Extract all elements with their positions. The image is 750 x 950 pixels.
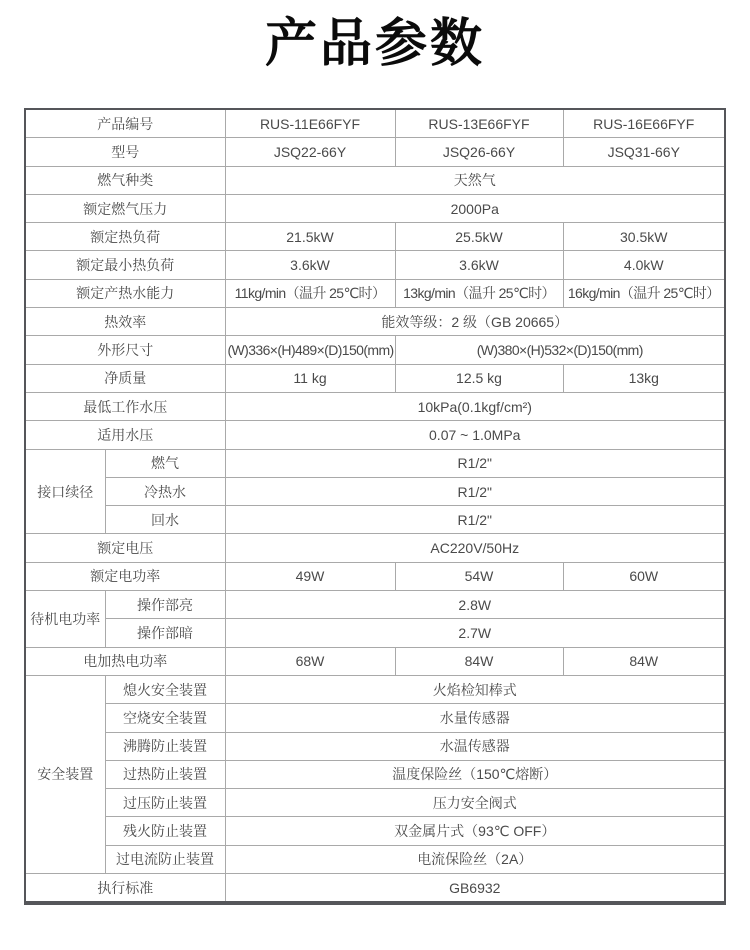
spec-label: 净质量	[25, 364, 225, 392]
group-label-standby-power: 待机电功率	[25, 591, 105, 648]
spec-value: 压力安全阀式	[225, 789, 725, 817]
spec-label: 额定电压	[25, 534, 225, 562]
spec-value: 16kg/min（温升 25℃时）	[563, 279, 725, 307]
spec-value: 12.5 kg	[395, 364, 563, 392]
spec-value: 2.8W	[225, 591, 725, 619]
row-connection-return-water: 回水 R1/2"	[25, 506, 725, 534]
row-min-working-water-pressure: 最低工作水压 10kPa(0.1kgf/cm²)	[25, 392, 725, 420]
spec-value: 温度保险丝（150℃熔断）	[225, 760, 725, 788]
spec-value: (W)336×(H)489×(D)150(mm)	[225, 336, 395, 364]
row-connection-hot-cold-water: 冷热水 R1/2"	[25, 477, 725, 505]
spec-sublabel: 空烧安全装置	[105, 704, 225, 732]
spec-sublabel: 过压防止装置	[105, 789, 225, 817]
spec-value: 10kPa(0.1kgf/cm²)	[225, 392, 725, 420]
spec-sublabel: 冷热水	[105, 477, 225, 505]
group-label-connection-diameter: 接口续径	[25, 449, 105, 534]
spec-value: RUS-13E66FYF	[395, 109, 563, 138]
spec-value: AC220V/50Hz	[225, 534, 725, 562]
spec-value: 能效等级：2 级（GB 20665）	[225, 308, 725, 336]
row-safety-flameout: 安全装置 熄火安全装置 火焰检知棒式	[25, 675, 725, 703]
row-safety-overpressure: 过压防止装置 压力安全阀式	[25, 789, 725, 817]
spec-value: 2000Pa	[225, 194, 725, 222]
spec-label: 燃气种类	[25, 166, 225, 194]
row-safety-residual-fire: 残火防止装置 双金属片式（93℃ OFF）	[25, 817, 725, 845]
spec-label: 执行标准	[25, 874, 225, 904]
spec-value: 水温传感器	[225, 732, 725, 760]
spec-label: 额定燃气压力	[25, 194, 225, 222]
spec-label: 适用水压	[25, 421, 225, 449]
spec-value: RUS-16E66FYF	[563, 109, 725, 138]
spec-value: 水量传感器	[225, 704, 725, 732]
row-net-weight: 净质量 11 kg 12.5 kg 13kg	[25, 364, 725, 392]
spec-value: 天然气	[225, 166, 725, 194]
row-rated-electric-power: 额定电功率 49W 54W 60W	[25, 562, 725, 590]
row-safety-dry-burn: 空烧安全装置 水量传感器	[25, 704, 725, 732]
spec-sublabel: 熄火安全装置	[105, 675, 225, 703]
spec-label: 额定电功率	[25, 562, 225, 590]
spec-value: 3.6kW	[395, 251, 563, 279]
spec-value: JSQ31-66Y	[563, 138, 725, 166]
spec-value: R1/2"	[225, 449, 725, 477]
spec-value: 13kg/min（温升 25℃时）	[395, 279, 563, 307]
spec-value: JSQ26-66Y	[395, 138, 563, 166]
spec-value: (W)380×(H)532×(D)150(mm)	[395, 336, 725, 364]
spec-value: 84W	[563, 647, 725, 675]
spec-value: JSQ22-66Y	[225, 138, 395, 166]
spec-value: 0.07 ~ 1.0MPa	[225, 421, 725, 449]
spec-label: 最低工作水压	[25, 392, 225, 420]
spec-value: 84W	[395, 647, 563, 675]
product-spec-table: 产品编号 RUS-11E66FYF RUS-13E66FYF RUS-16E66…	[24, 108, 726, 905]
spec-label: 额定热负荷	[25, 223, 225, 251]
row-safety-overheat: 过热防止装置 温度保险丝（150℃熔断）	[25, 760, 725, 788]
row-rated-gas-pressure: 额定燃气压力 2000Pa	[25, 194, 725, 222]
spec-value: 49W	[225, 562, 395, 590]
spec-value: 60W	[563, 562, 725, 590]
spec-label: 额定最小热负荷	[25, 251, 225, 279]
spec-value: 30.5kW	[563, 223, 725, 251]
spec-label: 额定产热水能力	[25, 279, 225, 307]
spec-value: 13kg	[563, 364, 725, 392]
spec-sublabel: 操作部亮	[105, 591, 225, 619]
row-applicable-water-pressure: 适用水压 0.07 ~ 1.0MPa	[25, 421, 725, 449]
spec-value: 21.5kW	[225, 223, 395, 251]
spec-label: 产品编号	[25, 109, 225, 138]
row-hot-water-capacity: 额定产热水能力 11kg/min（温升 25℃时） 13kg/min（温升 25…	[25, 279, 725, 307]
row-safety-boiling: 沸腾防止装置 水温传感器	[25, 732, 725, 760]
row-product-code: 产品编号 RUS-11E66FYF RUS-13E66FYF RUS-16E66…	[25, 109, 725, 138]
row-rated-voltage: 额定电压 AC220V/50Hz	[25, 534, 725, 562]
row-connection-gas: 接口续径 燃气 R1/2"	[25, 449, 725, 477]
row-safety-overcurrent: 过电流防止装置 电流保险丝（2A）	[25, 845, 725, 873]
spec-sublabel: 残火防止装置	[105, 817, 225, 845]
row-rated-min-heat-load: 额定最小热负荷 3.6kW 3.6kW 4.0kW	[25, 251, 725, 279]
spec-value: R1/2"	[225, 506, 725, 534]
spec-value: GB6932	[225, 874, 725, 904]
spec-value: 11 kg	[225, 364, 395, 392]
row-thermal-efficiency: 热效率 能效等级：2 级（GB 20665）	[25, 308, 725, 336]
group-label-safety-devices: 安全装置	[25, 675, 105, 873]
spec-value: 2.7W	[225, 619, 725, 647]
spec-label: 型号	[25, 138, 225, 166]
spec-label: 热效率	[25, 308, 225, 336]
spec-value: 4.0kW	[563, 251, 725, 279]
spec-value: 火焰检知棒式	[225, 675, 725, 703]
row-executive-standard: 执行标准 GB6932	[25, 874, 725, 904]
spec-sublabel: 燃气	[105, 449, 225, 477]
spec-value: 3.6kW	[225, 251, 395, 279]
spec-value: 11kg/min（温升 25℃时）	[225, 279, 395, 307]
spec-sublabel: 过热防止装置	[105, 760, 225, 788]
spec-sublabel: 沸腾防止装置	[105, 732, 225, 760]
spec-label: 外形尺寸	[25, 336, 225, 364]
row-standby-power-dim: 操作部暗 2.7W	[25, 619, 725, 647]
row-dimensions: 外形尺寸 (W)336×(H)489×(D)150(mm) (W)380×(H)…	[25, 336, 725, 364]
spec-value: 双金属片式（93℃ OFF）	[225, 817, 725, 845]
spec-value: 电流保险丝（2A）	[225, 845, 725, 873]
row-standby-power-bright: 待机电功率 操作部亮 2.8W	[25, 591, 725, 619]
spec-sublabel: 操作部暗	[105, 619, 225, 647]
row-gas-type: 燃气种类 天然气	[25, 166, 725, 194]
spec-value: R1/2"	[225, 477, 725, 505]
page-title: 产品参数	[0, 0, 750, 92]
row-model: 型号 JSQ22-66Y JSQ26-66Y JSQ31-66Y	[25, 138, 725, 166]
spec-sublabel: 回水	[105, 506, 225, 534]
spec-value: 54W	[395, 562, 563, 590]
spec-sublabel: 过电流防止装置	[105, 845, 225, 873]
spec-label: 电加热电功率	[25, 647, 225, 675]
row-electric-heating-power: 电加热电功率 68W 84W 84W	[25, 647, 725, 675]
spec-value: 25.5kW	[395, 223, 563, 251]
spec-value: RUS-11E66FYF	[225, 109, 395, 138]
spec-value: 68W	[225, 647, 395, 675]
row-rated-heat-load: 额定热负荷 21.5kW 25.5kW 30.5kW	[25, 223, 725, 251]
